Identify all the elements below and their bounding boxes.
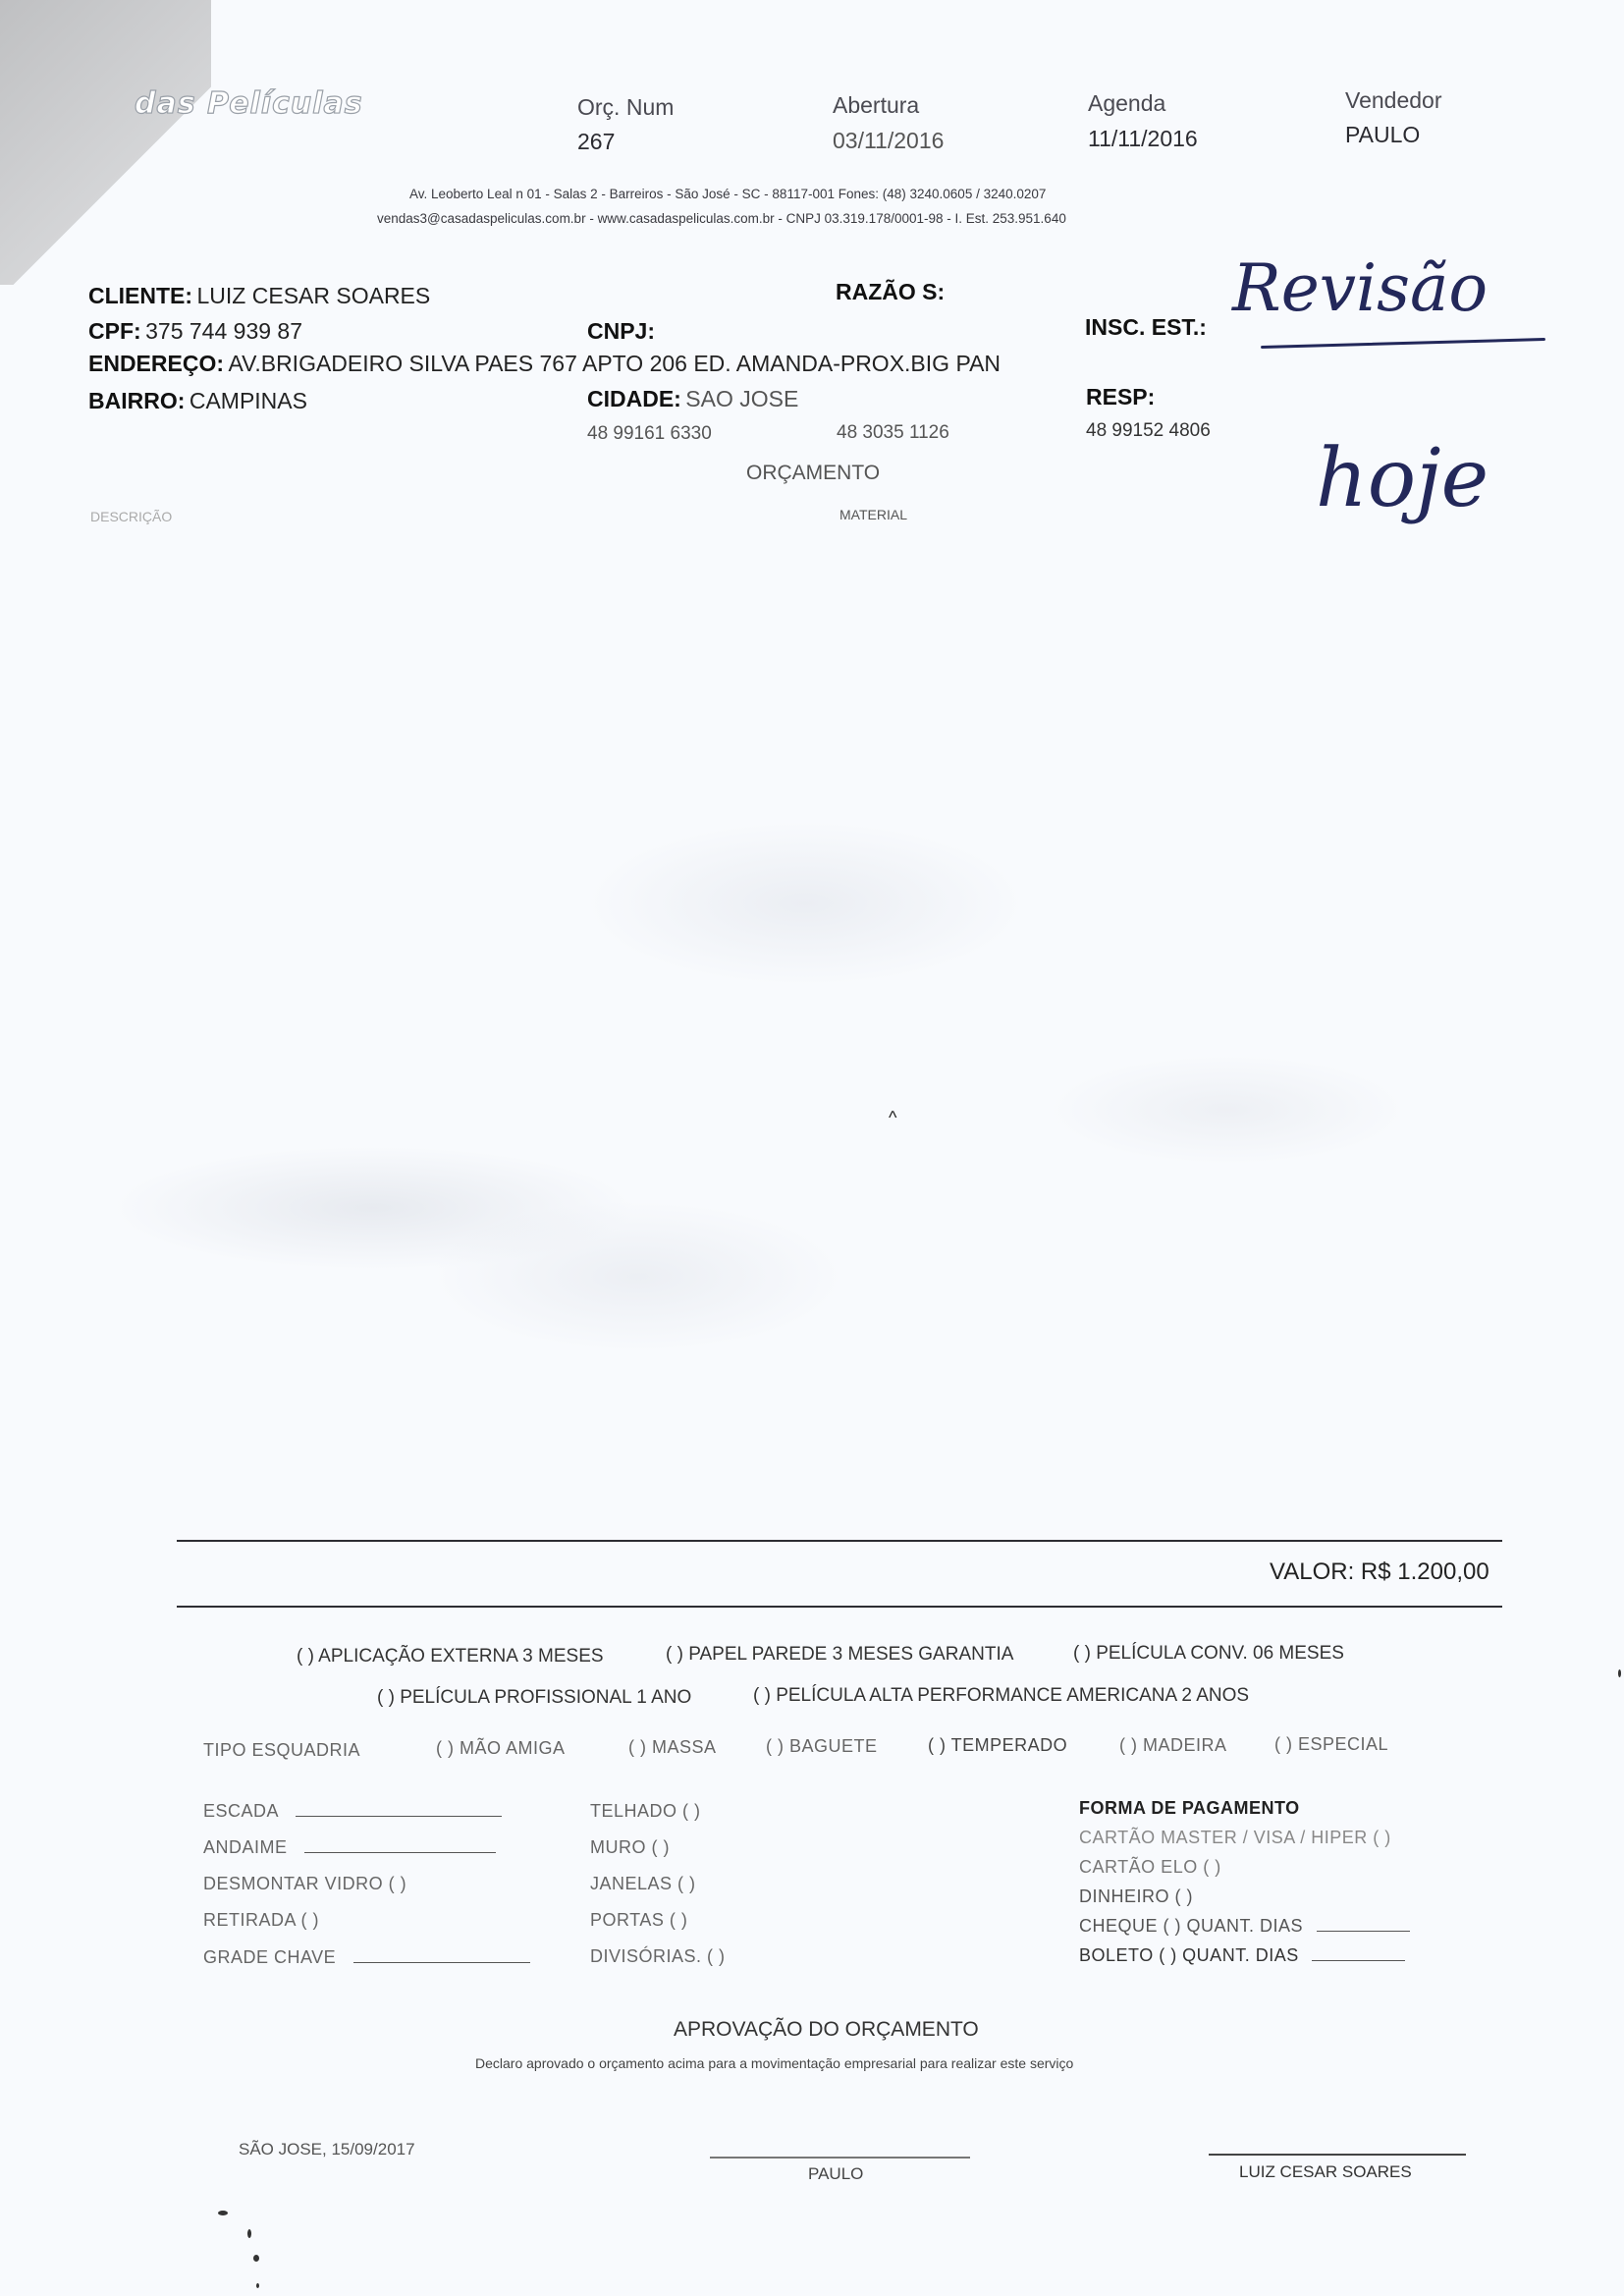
service-option-pelicula-conv[interactable]: ( ) PELÍCULA CONV. 06 MESES bbox=[1073, 1643, 1344, 1665]
endereco-label: ENDEREÇO: bbox=[88, 351, 224, 376]
extra-divisorias[interactable]: DIVISÓRIAS. ( ) bbox=[590, 1946, 726, 1967]
service-option-pelicula-alta-performance[interactable]: ( ) PELÍCULA ALTA PERFORMANCE AMERICANA … bbox=[753, 1685, 1249, 1707]
seller-signature-name: PAULO bbox=[808, 2164, 863, 2184]
approval-title: APROVAÇÃO DO ORÇAMENTO bbox=[674, 2018, 979, 2042]
resp-label: RESP: bbox=[1086, 384, 1155, 410]
cliente-value: LUIZ CESAR SOARES bbox=[197, 283, 431, 308]
cliente-field: CLIENTE: LUIZ CESAR SOARES bbox=[88, 283, 430, 309]
bairro-label: BAIRRO: bbox=[88, 388, 185, 413]
razao-label: RAZÃO S: bbox=[836, 279, 945, 305]
handwritten-note-revisao: Revisão bbox=[1232, 250, 1488, 326]
scan-speck bbox=[256, 2283, 259, 2288]
phone-1: 48 99161 6330 bbox=[587, 423, 712, 445]
extra-portas[interactable]: PORTAS ( ) bbox=[590, 1910, 687, 1931]
extra-janelas[interactable]: JANELAS ( ) bbox=[590, 1874, 696, 1894]
abertura-label: Abertura bbox=[833, 92, 919, 119]
esquadria-option-mao-amiga[interactable]: ( ) MÃO AMIGA bbox=[436, 1738, 566, 1759]
scanned-document-page: das Películas Orç. Num 267 Abertura 03/1… bbox=[0, 0, 1624, 2296]
material-column-header: MATERIAL bbox=[839, 507, 907, 522]
extra-grade-chave-label: GRADE CHAVE bbox=[203, 1947, 336, 1967]
andaime-blank-line[interactable] bbox=[304, 1852, 496, 1853]
cnpj-label: CNPJ: bbox=[587, 318, 655, 345]
payment-option-cartao-master[interactable]: CARTÃO MASTER / VISA / HIPER ( ) bbox=[1079, 1828, 1391, 1848]
cidade-label: CIDADE: bbox=[587, 386, 681, 411]
payment-option-dinheiro[interactable]: DINHEIRO ( ) bbox=[1079, 1886, 1193, 1907]
cheque-dias-blank[interactable] bbox=[1317, 1931, 1410, 1932]
company-logo: das Películas bbox=[135, 86, 363, 121]
vendedor-value: PAULO bbox=[1345, 122, 1420, 148]
abertura-value: 03/11/2016 bbox=[833, 128, 944, 154]
bairro-value: CAMPINAS bbox=[189, 388, 307, 413]
scan-speck bbox=[253, 2255, 259, 2262]
cpf-field: CPF: 375 744 939 87 bbox=[88, 318, 302, 345]
extra-retirada[interactable]: RETIRADA ( ) bbox=[203, 1910, 319, 1931]
phone-3: 48 99152 4806 bbox=[1086, 420, 1211, 442]
payment-option-boleto[interactable]: BOLETO ( ) QUANT. DIAS bbox=[1079, 1945, 1405, 1966]
handwritten-underline bbox=[1261, 338, 1545, 349]
esquadria-option-especial[interactable]: ( ) ESPECIAL bbox=[1274, 1734, 1388, 1755]
boleto-dias-blank[interactable] bbox=[1312, 1960, 1405, 1961]
cpf-label: CPF: bbox=[88, 318, 141, 344]
extra-escada-label: ESCADA bbox=[203, 1801, 278, 1821]
extra-muro[interactable]: MURO ( ) bbox=[590, 1837, 670, 1858]
cheque-label: CHEQUE ( ) QUANT. DIAS bbox=[1079, 1916, 1303, 1936]
endereco-value: AV.BRIGADEIRO SILVA PAES 767 APTO 206 ED… bbox=[228, 351, 1001, 376]
agenda-label: Agenda bbox=[1088, 90, 1165, 117]
approval-declaration: Declaro aprovado o orçamento acima para … bbox=[475, 2055, 1073, 2071]
cliente-label: CLIENTE: bbox=[88, 283, 192, 308]
scan-speck bbox=[218, 2211, 228, 2215]
cpf-value: 375 744 939 87 bbox=[145, 318, 302, 344]
payment-title: FORMA DE PAGAMENTO bbox=[1079, 1798, 1300, 1819]
extra-telhado[interactable]: TELHADO ( ) bbox=[590, 1801, 701, 1822]
valor-amount: R$ 1.200,00 bbox=[1361, 1558, 1489, 1585]
handwritten-note-hoje: hoje bbox=[1316, 432, 1489, 525]
payment-option-cartao-elo[interactable]: CARTÃO ELO ( ) bbox=[1079, 1857, 1221, 1878]
esquadria-option-temperado[interactable]: ( ) TEMPERADO bbox=[928, 1735, 1067, 1756]
place-date: SÃO JOSE, 15/09/2017 bbox=[239, 2140, 415, 2159]
orc-num-label: Orç. Num bbox=[577, 94, 674, 121]
boleto-label: BOLETO ( ) QUANT. DIAS bbox=[1079, 1945, 1299, 1965]
cidade-value: SAO JOSE bbox=[685, 386, 798, 411]
scan-speck bbox=[247, 2229, 251, 2238]
esquadria-option-baguete[interactable]: ( ) BAGUETE bbox=[766, 1736, 878, 1757]
esquadria-label: TIPO ESQUADRIA bbox=[203, 1740, 360, 1761]
valor-field: VALOR: R$ 1.200,00 bbox=[1270, 1558, 1489, 1586]
grade-chave-blank-line[interactable] bbox=[353, 1962, 530, 1963]
descricao-column-header: DESCRIÇÃO bbox=[90, 509, 172, 524]
stray-pen-mark: ^ bbox=[889, 1108, 896, 1128]
orc-num-value: 267 bbox=[577, 129, 615, 155]
esquadria-option-madeira[interactable]: ( ) MADEIRA bbox=[1119, 1735, 1227, 1756]
bairro-field: BAIRRO: CAMPINAS bbox=[88, 388, 307, 414]
service-option-papel-parede[interactable]: ( ) PAPEL PAREDE 3 MESES GARANTIA bbox=[666, 1644, 1013, 1666]
scan-speck bbox=[1618, 1669, 1621, 1677]
payment-option-cheque[interactable]: CHEQUE ( ) QUANT. DIAS bbox=[1079, 1916, 1410, 1937]
cidade-field: CIDADE: SAO JOSE bbox=[587, 386, 798, 412]
esquadria-option-massa[interactable]: ( ) MASSA bbox=[628, 1737, 717, 1758]
folded-corner bbox=[0, 0, 211, 285]
extra-grade-chave[interactable]: GRADE CHAVE bbox=[203, 1947, 530, 1968]
total-top-rule bbox=[177, 1540, 1502, 1542]
service-option-aplicacao-externa[interactable]: ( ) APLICAÇÃO EXTERNA 3 MESES bbox=[297, 1646, 604, 1667]
orcamento-title: ORÇAMENTO bbox=[746, 462, 880, 485]
escada-blank-line[interactable] bbox=[296, 1816, 502, 1817]
extra-escada[interactable]: ESCADA bbox=[203, 1801, 502, 1822]
extra-desmontar-vidro[interactable]: DESMONTAR VIDRO ( ) bbox=[203, 1874, 406, 1894]
vendedor-label: Vendedor bbox=[1345, 87, 1441, 114]
extra-andaime-label: ANDAIME bbox=[203, 1837, 288, 1857]
client-signature-name: LUIZ CESAR SOARES bbox=[1239, 2162, 1412, 2182]
phone-2: 48 3035 1126 bbox=[837, 422, 949, 444]
company-address: Av. Leoberto Leal n 01 - Salas 2 - Barre… bbox=[409, 187, 1046, 201]
client-signature-line[interactable] bbox=[1209, 2154, 1466, 2156]
extra-andaime[interactable]: ANDAIME bbox=[203, 1837, 496, 1858]
agenda-value: 11/11/2016 bbox=[1088, 126, 1198, 152]
seller-signature-line[interactable] bbox=[710, 2157, 970, 2159]
valor-label: VALOR: bbox=[1270, 1558, 1354, 1585]
total-bottom-rule bbox=[177, 1606, 1502, 1608]
endereco-field: ENDEREÇO: AV.BRIGADEIRO SILVA PAES 767 A… bbox=[88, 351, 1001, 377]
service-option-pelicula-profissional[interactable]: ( ) PELÍCULA PROFISSIONAL 1 ANO bbox=[377, 1687, 691, 1709]
company-contact: vendas3@casadaspeliculas.com.br - www.ca… bbox=[377, 211, 1066, 226]
insc-est-label: INSC. EST.: bbox=[1085, 314, 1207, 341]
